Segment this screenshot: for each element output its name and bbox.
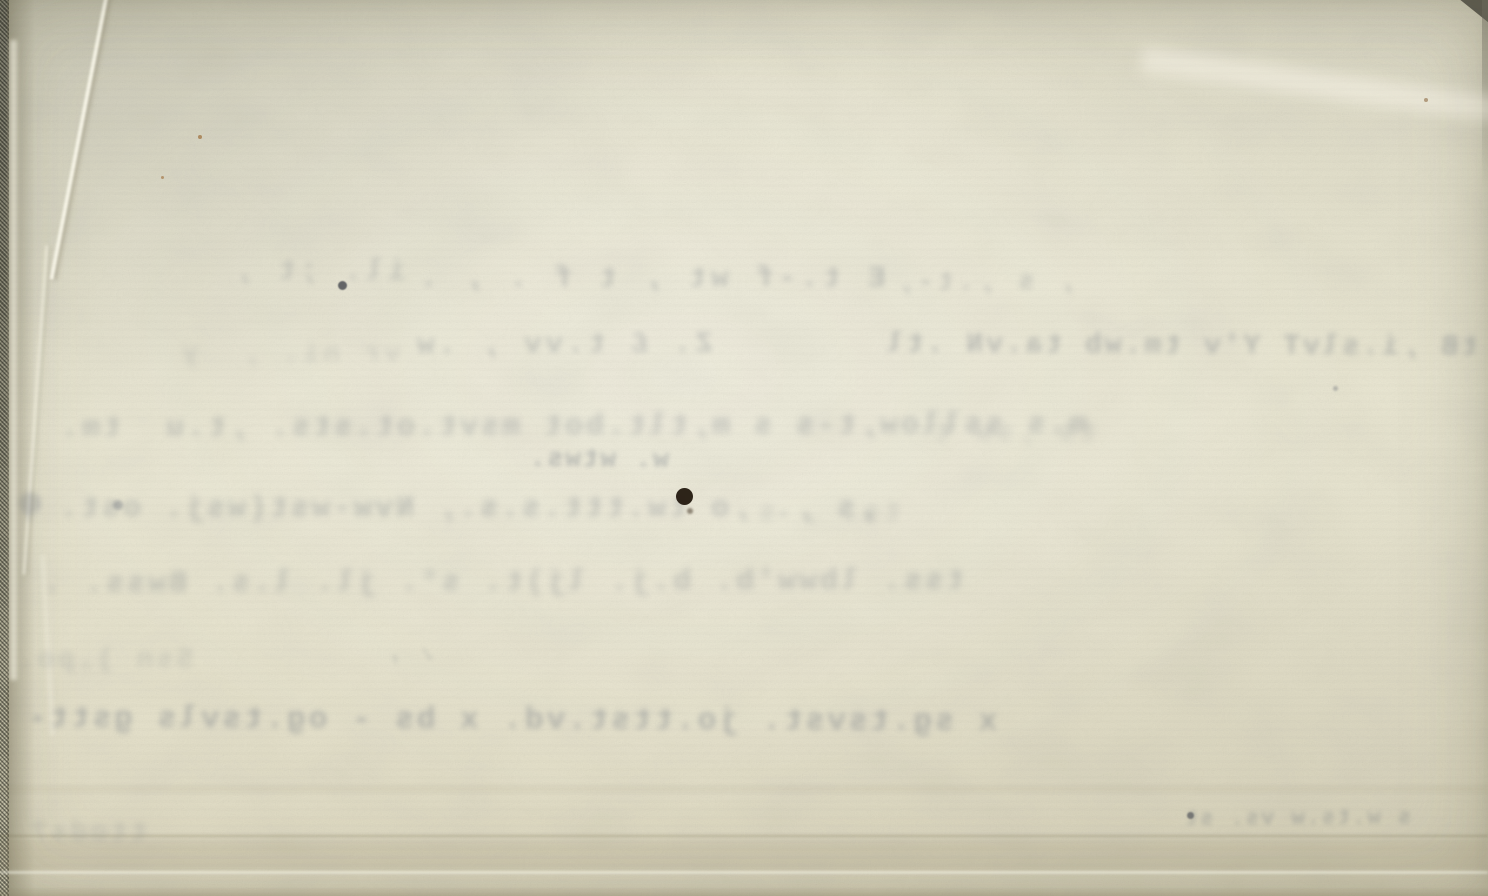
faint-scan-band <box>0 786 1488 792</box>
faint-typewritten-line8-right: s w.ts.w vs. st <box>1183 805 1411 832</box>
faint-typewritten-line4-band: ,s ,. ,o tw.ttt.s.s., Nvw-wst(wsj. ost. … <box>15 492 876 526</box>
dot-line1 <box>338 281 347 290</box>
light-crease-streak <box>1140 46 1488 123</box>
paper-grain-texture <box>0 0 1488 896</box>
faint-typewritten-line1-far: , s ,.t-, <box>893 267 1075 298</box>
ink-dot-center <box>676 488 693 505</box>
rust-fleck-1 <box>198 135 202 139</box>
bottom-rule-line <box>0 835 1488 837</box>
faint-typewritten-line2-mid: Z. £ t.vv , .w <box>413 327 713 362</box>
crease-fold-lower-left <box>41 555 53 735</box>
faint-typewritten-line2-left: vr ni. , y <box>178 340 400 370</box>
scanline-tint <box>0 0 1488 896</box>
faint-typewritten-line3-band: m.s ssllow,t-s s m,tlt.bot msvt.ot.sts. … <box>58 408 1087 446</box>
faint-typewritten-line6-short: Ssn ).po. <box>15 645 193 676</box>
faint-typewritten-line5-band: tss. lbww'b. b.j. lj)t. s°. jl. l.s. Bws… <box>40 564 964 601</box>
faint-typewritten-line2-right: f.s tB ,i.slvT Y'v tm.wb ta.vN .tl <box>884 329 1488 364</box>
faint-typewritten-line3-mina: w. wtws. <box>528 443 669 474</box>
faint-typewritten-line1-left: il. ;t , <box>230 255 406 290</box>
faint-typewritten-line7-band: x sg.tsvst. jo.ttst.vd. x bs - og.tsvls … <box>25 701 997 739</box>
faint-typewritten-line6-tick: ✓ , <box>384 636 436 671</box>
rust-fleck-2 <box>161 176 164 179</box>
scanned-document-page: il. ;t ,E t.-f wt , t f . , ., s ,.t-,vr… <box>0 0 1488 896</box>
torn-edge-highlight <box>10 40 17 680</box>
scan-vignette <box>0 0 1488 896</box>
gray-mark <box>1333 386 1338 391</box>
faint-typewritten-line4-tail: ts. , s <box>755 498 901 529</box>
bottom-edge-shade <box>0 887 1488 896</box>
faint-typewritten-line3-tail: ts ,sw t <box>930 418 1096 449</box>
faint-typewritten-line1-right: E t.-f wt , t f . , . <box>415 262 885 295</box>
ink-dot-tail <box>687 508 693 514</box>
dot-bottom-right <box>1187 812 1194 819</box>
crease-fold-top-left <box>49 0 110 280</box>
bottom-tan-band <box>0 840 1488 870</box>
smudge-left-2 <box>113 500 123 510</box>
bottom-highlight-line <box>0 871 1488 874</box>
